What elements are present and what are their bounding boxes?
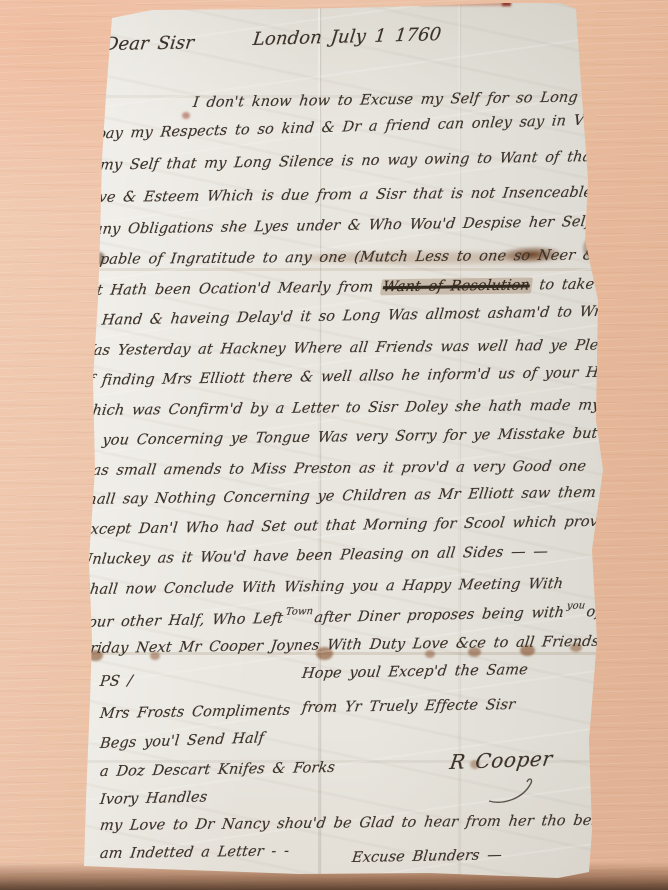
letter-line: many Obligations she Lyes under & Who Wo… <box>79 214 610 238</box>
stain-spot <box>182 112 190 119</box>
letter-line: of finding Mrs Elliott there & well alls… <box>79 364 637 389</box>
inserted-word: you <box>566 600 586 611</box>
letter-line: of my Self that my Long Silence is no wa… <box>77 149 598 174</box>
letter-line: was small amends to Miss Preston as it p… <box>79 459 587 479</box>
ps-right-line: Hope youl Excep'd the Same <box>301 662 529 682</box>
letter-photo: Dear Sisr London July 1 1760 I don't kno… <box>0 0 668 890</box>
letter-line: to you Concerning ye Tongue Was very Sor… <box>79 425 636 449</box>
letter-line: to pay my Respects to so kind & Dr a fri… <box>73 111 658 143</box>
signature: R Cooper <box>448 746 554 774</box>
dateline: London July 1 1760 <box>252 24 443 50</box>
ps-left-line: Begs you'l Send Half <box>99 730 265 752</box>
letter-line-fragment: after Diner proposes being with <box>313 605 565 626</box>
closing-line: my Love to Dr Nancy shou'd be Glad to he… <box>99 813 623 834</box>
letter-line-struck: but Hath been Ocation'd Mearly from Want… <box>77 276 647 299</box>
ps-right-line: from Yr Truely Effecte Sisr <box>301 697 516 716</box>
struck-text: Want of Resolution <box>380 277 533 295</box>
letter-line-fragment: your other Half, Who Left <box>79 611 284 631</box>
letter-line: Shall now Conclude With Wishing you a Ha… <box>79 576 564 598</box>
letter-line-fragment: but Hath been Ocation'd Mearly from <box>77 279 382 299</box>
letter-line: Except Dan'l Who had Set out that Mornin… <box>79 514 612 538</box>
letter-line-inserted: your other Half, Who LeftTownafter Diner… <box>79 600 602 631</box>
ps-left-line: a Doz Descart Knifes & Forks <box>99 760 336 780</box>
letter-line: Love & Esteem Which is due from a Sisr t… <box>79 184 640 206</box>
letter-line: Capable of Ingratitude to any one (Mutch… <box>79 247 668 268</box>
salutation: Dear Sisr <box>103 32 196 55</box>
letter-line: which was Confirm'd by a Letter to Sisr … <box>79 397 662 419</box>
signature-flourish <box>485 775 545 805</box>
excuse-note: Excuse Blunders — <box>351 847 503 866</box>
fold-crease-horizontal <box>84 268 602 271</box>
letter-line: Unluckey as it Wou'd have been Pleasing … <box>79 544 549 568</box>
ps-left-line: Mrs Frosts Compliments <box>99 703 291 722</box>
inserted-word: Town <box>285 606 314 618</box>
letter-line: in Hand & haveing Delay'd it so Long Was… <box>79 304 621 329</box>
closing-line: am Indetted a Letter - - <box>99 843 290 862</box>
ps-label: PS / <box>99 673 133 690</box>
ps-left-line: Ivory Handles <box>99 789 208 808</box>
letter-line: shall say Nothing Concerning ye Children… <box>79 484 623 508</box>
letter-line: Was Yesterday at Hackney Where all Frien… <box>79 337 641 359</box>
